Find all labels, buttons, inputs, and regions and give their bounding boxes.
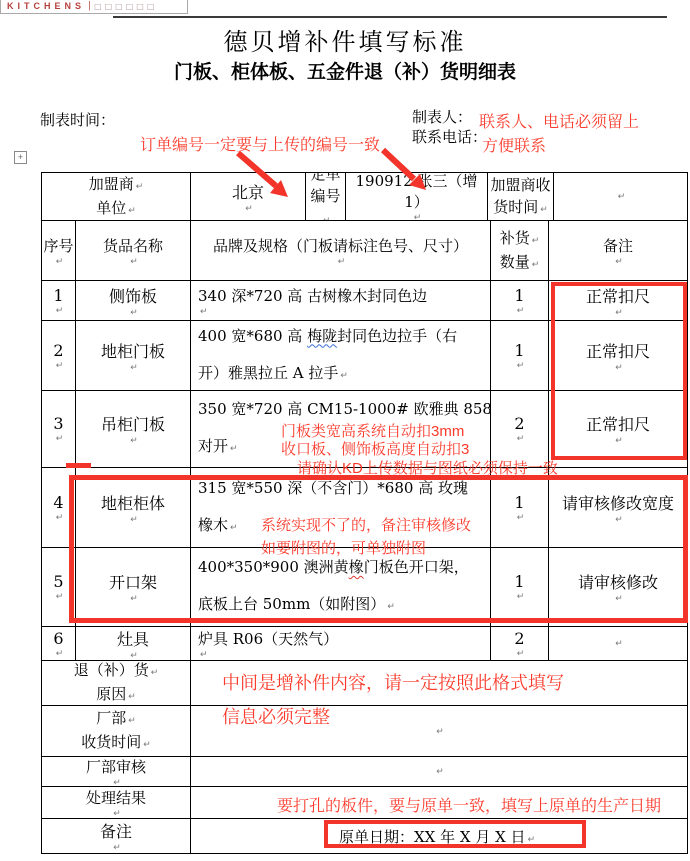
paragraph-mark: ↵	[56, 305, 64, 316]
table-row: 厂部↵收货时间↵ ↵	[42, 706, 688, 757]
red-dash-mark	[66, 463, 91, 468]
cell-seq: 3↵	[42, 391, 76, 468]
paragraph-mark: ↵	[56, 360, 64, 371]
paragraph-mark: ↵	[128, 715, 136, 725]
paragraph-mark: ↵	[200, 649, 208, 660]
paragraph-mark: ↵	[340, 370, 348, 380]
paragraph-mark: ↵	[56, 648, 64, 659]
paragraph-mark: ↵	[56, 256, 64, 267]
annotation-middle-content-2: 信息必须完整	[222, 703, 330, 729]
brand-logo: KITCHENS | □□□□□□	[0, 0, 188, 14]
paragraph-mark: ↵	[56, 512, 64, 523]
paragraph-mark: ↵	[245, 203, 253, 214]
made-time-label: 制表时间：	[40, 109, 115, 130]
paragraph-mark: ↵	[528, 834, 536, 844]
paragraph-mark: ↵	[338, 256, 346, 267]
cell-qty: 1↵	[491, 281, 549, 321]
cell-return-reason-label: 退（补）货↵原因↵	[42, 661, 191, 706]
maker-label: 制表人：	[412, 106, 472, 127]
cell-name: 侧饰板↵	[76, 281, 191, 321]
paragraph-mark: ↵	[618, 191, 626, 202]
cell-factory-audit-label: 厂部审核↵	[42, 757, 191, 787]
paragraph-mark: ↵	[230, 443, 238, 453]
paragraph-mark: ↵	[128, 205, 136, 215]
table-row: 6↵ 灶具↵ 炉具 R06（天然气）↵ 2↵ ↵	[42, 627, 688, 661]
cell-spec: 炉具 R06（天然气）↵	[191, 627, 491, 661]
document-page: KITCHENS | □□□□□□ 德贝增补件填写标准 门板、柜体板、五金件退（…	[0, 0, 690, 861]
annotation-order-number: 订单编号一定要与上传的编号一致	[140, 132, 380, 155]
paragraph-mark: ↵	[130, 362, 138, 373]
paragraph-mark: ↵	[540, 204, 548, 214]
annotation-system-note-2: 如要附图的，可单独附图	[261, 537, 426, 558]
cell-name: 吊柜门板↵	[76, 391, 191, 468]
annotation-punch-note: 要打孔的板件，要与原单一致，填写上原单的生产日期	[277, 793, 661, 816]
paragraph-mark: ↵	[136, 181, 144, 191]
cell-receive-time-value: ↵	[554, 173, 688, 221]
cell-franchisee-value: 北京↵	[191, 173, 306, 221]
cell-name: 地柜门板↵	[76, 321, 191, 391]
phone-label: 联系电话：	[412, 126, 487, 147]
spellcheck-underline: 梅陇	[307, 327, 337, 345]
cell-order-label: 定单编号↵	[306, 173, 346, 221]
cell-order-value: 190912 张三（增 1）↵	[346, 173, 488, 221]
highlight-box-notes	[551, 282, 687, 460]
cell-seq: 6↵	[42, 627, 76, 661]
brand-glyph-boxes: □□□□□□	[94, 2, 157, 11]
annotation-system-note-1: 系统实现不了的，备注审核修改	[261, 514, 471, 535]
paragraph-mark: ↵	[615, 638, 623, 649]
cell-qty: 2↵	[491, 627, 549, 661]
annotation-door-rule-2: 收口板、侧饰板高度自动扣3	[281, 438, 469, 459]
table-move-handle-icon[interactable]: +	[14, 151, 27, 164]
paragraph-mark: ↵	[532, 259, 540, 269]
cell-factory-receive-label: 厂部↵收货时间↵	[42, 706, 191, 757]
header-note: 备注↵	[549, 221, 688, 281]
paragraph-mark: ↵	[113, 842, 121, 853]
annotation-door-rule-3: 请确认KD上传数据与图纸必须保持一致	[297, 457, 558, 478]
paragraph-mark: ↵	[113, 777, 121, 788]
original-date-text: 原单日期：XX 年 X 月 X 日↵	[339, 826, 535, 847]
paragraph-mark: ↵	[615, 256, 623, 267]
paragraph-mark: ↵	[143, 739, 151, 749]
cell-seq: 1↵	[42, 281, 76, 321]
header-name: 货品名称↵	[76, 221, 191, 281]
cell-spec: 340 深*720 高 古树橡木封同色边↵	[191, 281, 491, 321]
page-subtitle: 门板、柜体板、五金件退（补）货明细表	[0, 57, 690, 84]
paragraph-mark: ↵	[130, 435, 138, 446]
paragraph-mark: ↵	[56, 591, 64, 602]
header-qty: 补货↵数量↵	[491, 221, 549, 281]
cell-spec: 400 宽*680 高 梅陇封同色边拉手（右 开）雅黑拉丘 A 拉手↵	[191, 321, 491, 391]
paragraph-mark: ↵	[414, 212, 422, 221]
paragraph-mark: ↵	[517, 360, 525, 371]
cell-seq: 2↵	[42, 321, 76, 391]
brand-separator: |	[88, 1, 91, 11]
annotation-contact-line1: 联系人、电话必须留上	[479, 109, 639, 132]
paragraph-mark: ↵	[130, 650, 138, 661]
paragraph-mark: ↵	[113, 808, 121, 819]
cell-note: ↵	[549, 627, 688, 661]
cell-franchisee-label: 加盟商↵单位↵	[42, 173, 191, 221]
header-rule	[113, 16, 667, 18]
cell-receive-time-label: 加盟商收货时间↵	[488, 173, 554, 221]
cell-qty: 1↵	[491, 321, 549, 391]
header-spec: 品牌及规格（门板请标注色号、尺寸）↵	[191, 221, 491, 281]
table-row: 加盟商↵单位↵ 北京↵ 定单编号↵ 190912 张三（增 1）↵ 加盟商收货时…	[42, 173, 688, 221]
annotation-contact-line2: 方便联系	[482, 133, 546, 156]
annotation-middle-content-1: 中间是增补件内容，请一定按照此格式填写	[222, 669, 564, 695]
cell-result-label: 处理结果↵	[42, 787, 191, 819]
paragraph-mark: ↵	[436, 766, 444, 777]
page-title: 德贝增补件填写标准	[0, 22, 690, 57]
paragraph-mark: ↵	[517, 433, 525, 444]
paragraph-mark: ↵	[532, 235, 540, 245]
paragraph-mark: ↵	[56, 433, 64, 444]
paragraph-mark: ↵	[151, 667, 159, 677]
cell-remark-label: 备注↵	[42, 819, 191, 854]
paragraph-mark: ↵	[130, 256, 138, 267]
cell-name: 灶具↵	[76, 627, 191, 661]
table-header-row: 序号↵ 货品名称↵ 品牌及规格（门板请标注色号、尺寸）↵ 补货↵数量↵ 备注↵	[42, 221, 688, 281]
cell-factory-audit-value: ↵	[191, 757, 688, 787]
paragraph-mark: ↵	[436, 726, 444, 737]
paragraph-mark: ↵	[517, 648, 525, 659]
table-row: 厂部审核↵ ↵	[42, 757, 688, 787]
brand-text: KITCHENS	[7, 1, 85, 11]
paragraph-mark: ↵	[130, 307, 138, 318]
header-seq: 序号↵	[42, 221, 76, 281]
paragraph-mark: ↵	[200, 306, 208, 317]
paragraph-mark: ↵	[128, 691, 136, 701]
paragraph-mark: ↵	[517, 305, 525, 316]
